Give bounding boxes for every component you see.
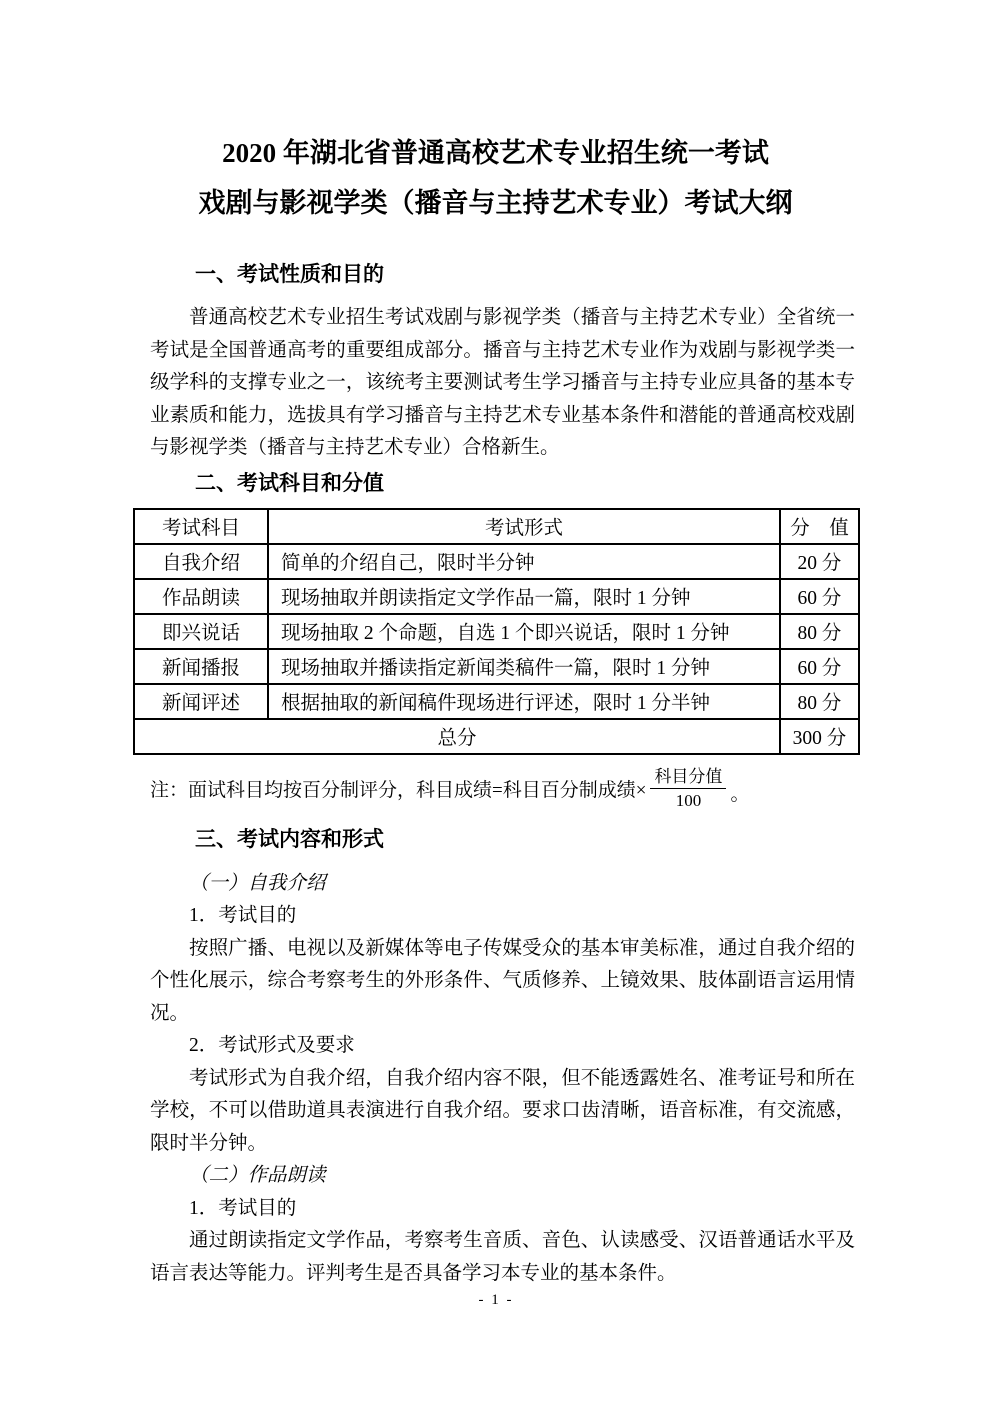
section-3-heading: 三、考试内容和形式 [195, 825, 858, 855]
row-score: 80 分 [780, 684, 859, 719]
section-2-heading: 二、考试科目和分值 [195, 469, 858, 499]
note-prefix: 注：面试科目均按百分制评分，科目成绩=科目百分制成绩× [150, 775, 646, 802]
subsection-1-heading: （一）自我介绍 [150, 868, 855, 901]
row-score: 60 分 [780, 649, 859, 684]
scoring-note: 注：面试科目均按百分制评分，科目成绩=科目百分制成绩× 科目分值 100 。 [150, 762, 858, 816]
header-subject: 考试科目 [134, 509, 268, 544]
row-subject: 新闻播报 [134, 649, 268, 684]
subsection-1-item-2-heading: 2．考试形式及要求 [150, 1030, 855, 1063]
page-number: - 1 - [0, 1292, 992, 1309]
row-score: 60 分 [780, 579, 859, 614]
table-total-row: 总分 300 分 [134, 719, 859, 754]
row-score: 20 分 [780, 544, 859, 579]
table-row: 即兴说话 现场抽取 2 个命题，自选 1 个即兴说话，限时 1 分钟 80 分 [134, 614, 859, 649]
subsection-1-item-1-paragraph: 按照广播、电视以及新媒体等电子传媒受众的基本审美标准，通过自我介绍的个性化展示，… [150, 933, 855, 1031]
note-fraction: 科目分值 100 [650, 766, 726, 812]
table-header-row: 考试科目 考试形式 分 值 [134, 509, 859, 544]
subsection-2-item-1-paragraph: 通过朗读指定文学作品，考察考生音质、音色、认读感受、汉语普通话水平及语言表达等能… [150, 1225, 855, 1290]
total-label: 总分 [134, 719, 780, 754]
subsection-2-item-1-heading: 1．考试目的 [150, 1193, 855, 1226]
subsection-1-item-2-paragraph: 考试形式为自我介绍，自我介绍内容不限，但不能透露姓名、准考证号和所在学校，不可以… [150, 1063, 855, 1161]
row-format: 现场抽取并朗读指定文学作品一篇，限时 1 分钟 [268, 579, 780, 614]
table-row: 作品朗读 现场抽取并朗读指定文学作品一篇，限时 1 分钟 60 分 [134, 579, 859, 614]
section-1-heading: 一、考试性质和目的 [195, 260, 858, 290]
row-subject: 作品朗读 [134, 579, 268, 614]
row-subject: 新闻评述 [134, 684, 268, 719]
document-content: 2020 年湖北省普通高校艺术专业招生统一考试 戏剧与影视学类（播音与主持艺术专… [133, 128, 858, 1290]
row-format: 现场抽取 2 个命题，自选 1 个即兴说话，限时 1 分钟 [268, 614, 780, 649]
total-score: 300 分 [780, 719, 859, 754]
fraction-denominator: 100 [650, 789, 726, 811]
section-1-paragraph: 普通高校艺术专业招生考试戏剧与影视学类（播音与主持艺术专业）全省统一考试是全国普… [150, 302, 855, 465]
document-page: 2020 年湖北省普通高校艺术专业招生统一考试 戏剧与影视学类（播音与主持艺术专… [0, 0, 992, 1403]
header-score: 分 值 [780, 509, 859, 544]
subsection-2-heading: （二）作品朗读 [150, 1160, 855, 1193]
header-format: 考试形式 [268, 509, 780, 544]
row-format: 现场抽取并播读指定新闻类稿件一篇，限时 1 分钟 [268, 649, 780, 684]
row-format: 根据抽取的新闻稿件现场进行评述，限时 1 分半钟 [268, 684, 780, 719]
title-line-2: 戏剧与影视学类（播音与主持艺术专业）考试大纲 [133, 178, 858, 228]
table-row: 新闻评述 根据抽取的新闻稿件现场进行评述，限时 1 分半钟 80 分 [134, 684, 859, 719]
table-row: 新闻播报 现场抽取并播读指定新闻类稿件一篇，限时 1 分钟 60 分 [134, 649, 859, 684]
row-format: 简单的介绍自己，限时半分钟 [268, 544, 780, 579]
score-table: 考试科目 考试形式 分 值 自我介绍 简单的介绍自己，限时半分钟 20 分 作品… [133, 508, 860, 755]
row-score: 80 分 [780, 614, 859, 649]
note-suffix: 。 [730, 779, 749, 816]
document-title: 2020 年湖北省普通高校艺术专业招生统一考试 戏剧与影视学类（播音与主持艺术专… [133, 128, 858, 228]
title-line-1: 2020 年湖北省普通高校艺术专业招生统一考试 [133, 128, 858, 178]
subsection-1-item-1-heading: 1．考试目的 [150, 900, 855, 933]
row-subject: 即兴说话 [134, 614, 268, 649]
row-subject: 自我介绍 [134, 544, 268, 579]
fraction-numerator: 科目分值 [650, 766, 726, 789]
table-row: 自我介绍 简单的介绍自己，限时半分钟 20 分 [134, 544, 859, 579]
